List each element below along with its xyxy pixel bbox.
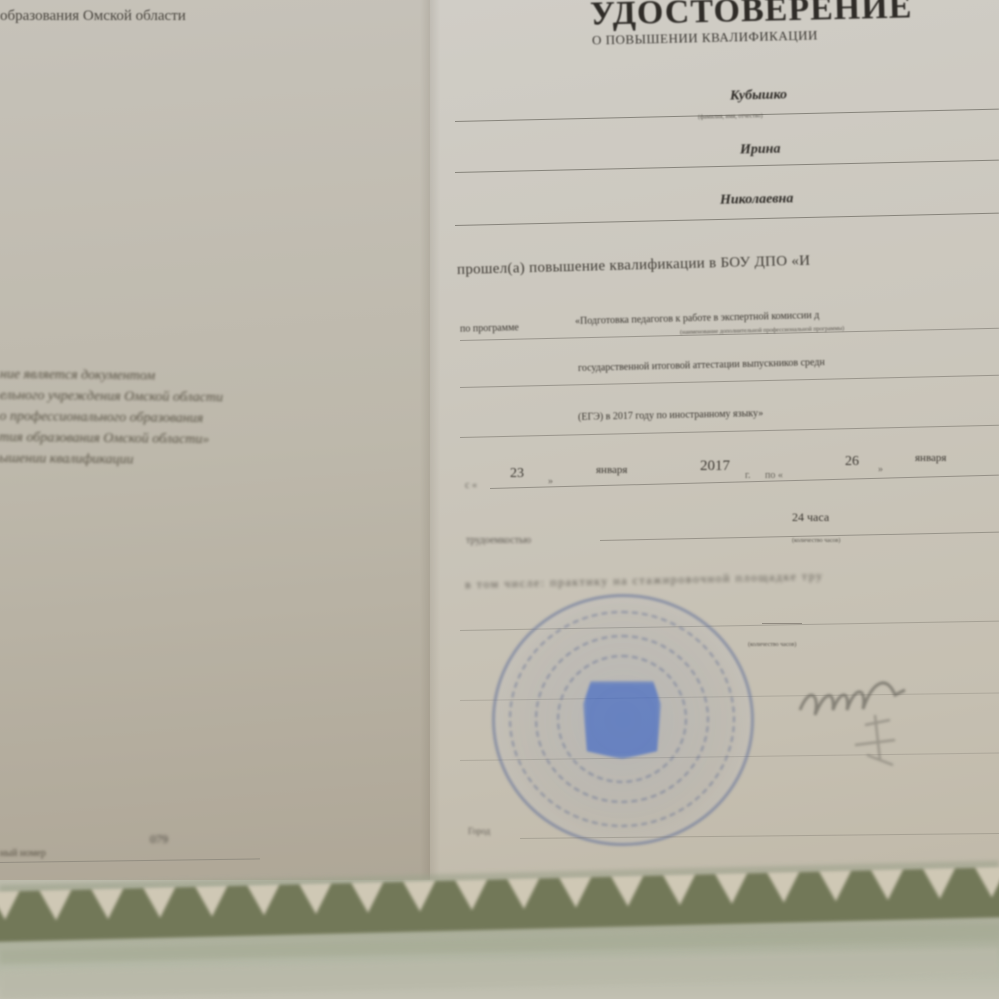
signature-icon [795,665,915,775]
reg-number-label: ный номер [0,848,46,859]
left-body-line: ышении квалификации [0,448,222,471]
date-to-close-quote: » [878,464,883,475]
workload-label: трудоемкостью [466,535,531,546]
official-stamp [492,594,754,846]
program-label: по программе [460,322,519,334]
date-year-suffix: г. [745,470,750,481]
left-body-line: о профессионального образования [0,406,223,429]
page-fold [420,0,440,900]
workload-caption: (количество часов) [792,538,840,544]
first-name-value: Ирина [740,142,781,159]
date-from-month: января [596,464,627,476]
date-to-prefix: по « [765,470,783,481]
left-body-line: тия образования Омской области» [0,427,223,450]
workload-value: 24 часа [792,510,829,525]
date-from-day: 23 [510,466,524,482]
date-to-month: января [915,452,946,464]
stamp-emblem-icon [583,681,661,759]
practice-caption: (количество часов) [748,642,796,648]
left-body-line: ельного учреждения Омской области [0,385,223,408]
certificate-photo: образования Омской области ние является … [0,0,999,999]
left-page-header: образования Омской области [0,8,186,25]
city-label: Город [468,826,490,836]
patronymic-value: Николаевна [720,191,794,209]
date-from-prefix: с « [465,480,477,491]
date-to-day: 26 [845,454,859,470]
left-page-body: ние является документом ельного учрежден… [0,364,223,471]
date-year: 2017 [700,458,730,475]
reg-number-value: 079 [150,832,168,847]
surname-value: Кубышко [730,87,787,104]
left-body-line: ние является документом [0,364,223,387]
